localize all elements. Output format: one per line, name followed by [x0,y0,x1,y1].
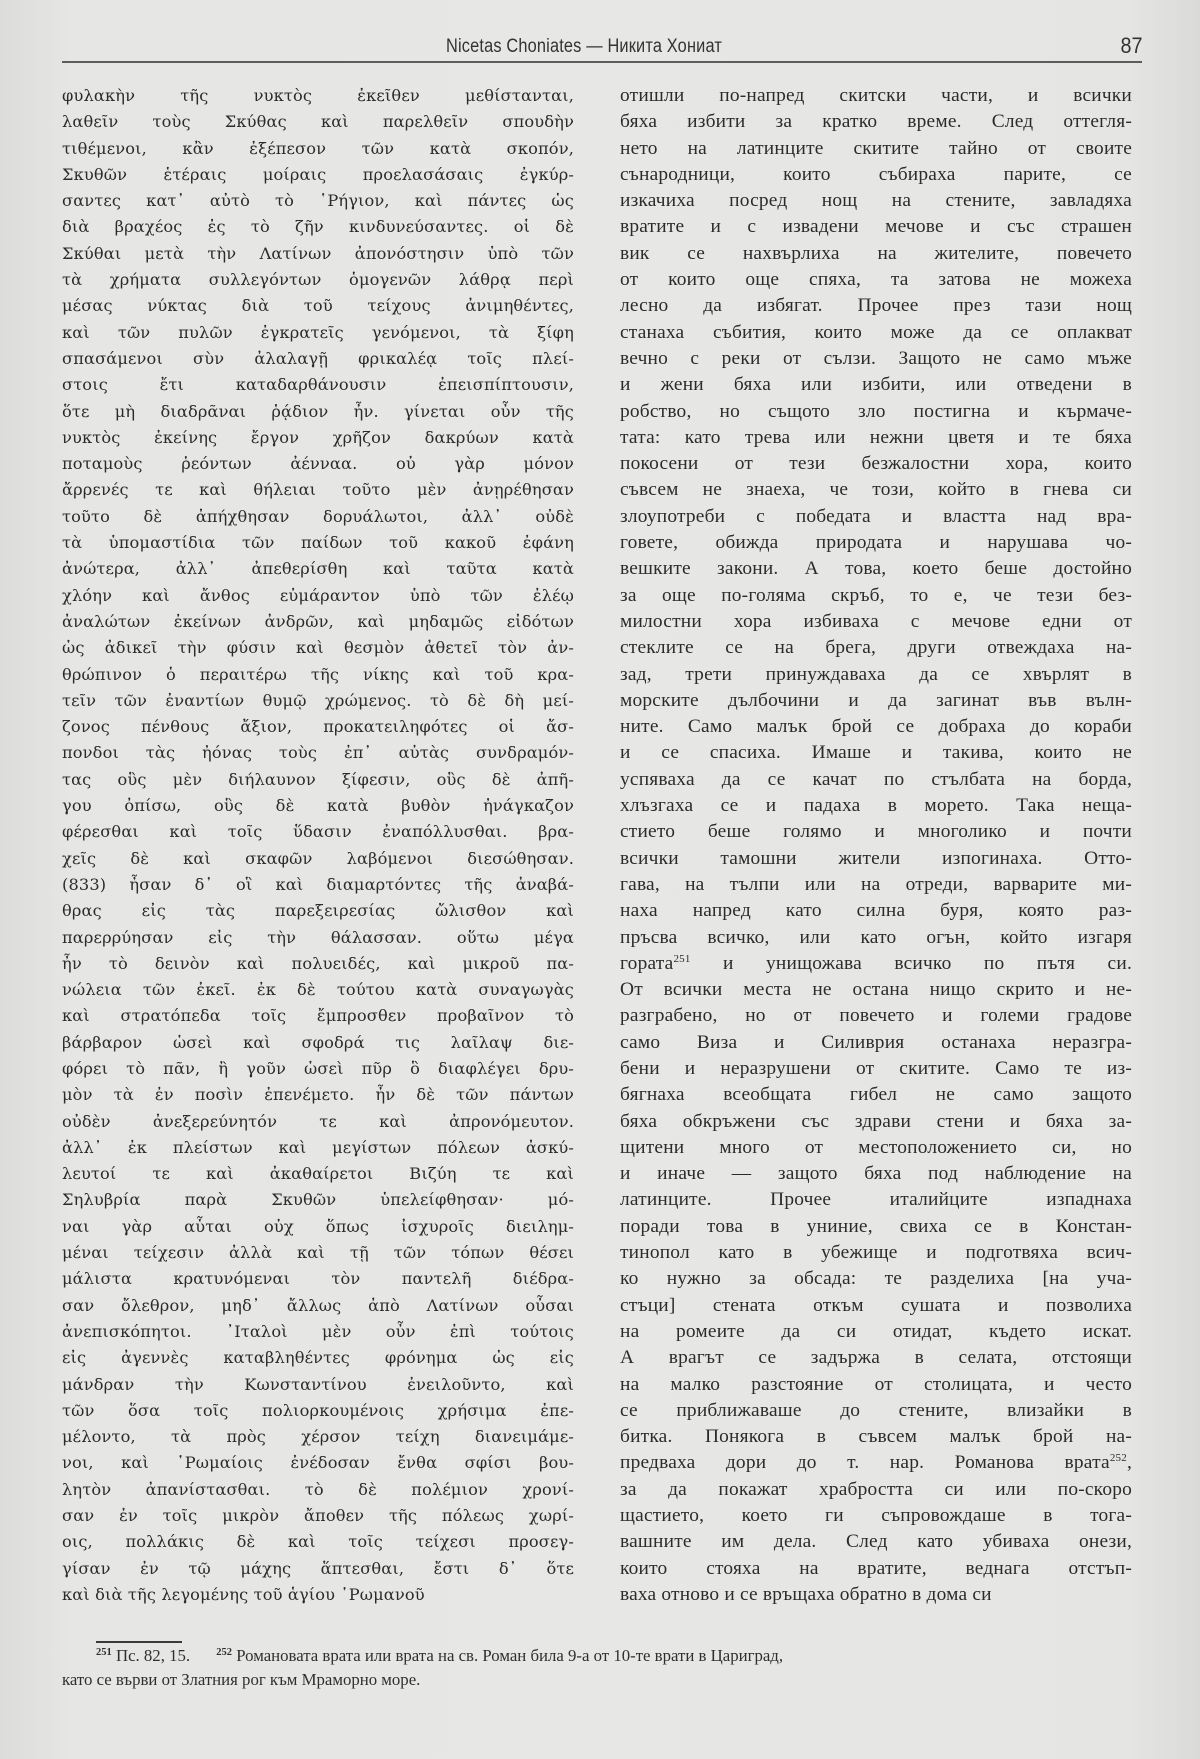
text-line: покосени от тези безжалостни хора, които [620,451,1132,477]
text-line: ваха отново и се връщаха обратно в дома … [620,1582,1132,1608]
text-line: щастието, което ги съпровождаше в тога- [620,1503,1132,1529]
text-line: тата: като трева или нежни цветя и те бя… [620,425,1132,451]
text-line: лесно да избягат. Прочее през тази нощ [620,293,1132,319]
text-line: тинопол като в убежище и подготвяха всич… [620,1240,1132,1266]
text-line: τῶν ὅσα τοῖς πολιορκουμένοις χρήσιμα ἐπε… [62,1398,574,1424]
text-line: (833) ἦσαν δ᾽ οἳ καὶ διαμαρτόντες τῆς ἀν… [62,872,574,898]
text-line: καὶ διὰ τῆς λεγομένης τοῦ ἁγίου ῾Ρωμανοῦ [62,1582,574,1608]
text-line: успяваха да се качат по стълбата на борд… [620,767,1132,793]
text-line: от които още спяха, та затова не можеха [620,267,1132,293]
text-line: всички тамошни жители изпогинаха. Отто- [620,846,1132,872]
footnote-line-1: 251 Пс. 82, 15. 252 Романовата врата или… [62,1644,1162,1668]
text-line: μέλοντο, τὰ πρὸς χέρσον τείχη διανειμάμε… [62,1424,574,1450]
text-fragment: и унищожава всичко по пътя си. [691,953,1132,974]
text-line: станаха събития, които може да се оплакв… [620,320,1132,346]
text-line: изкачиха посред нощ на стените, завладях… [620,188,1132,214]
footnote-number-252: 252 [216,1647,232,1658]
text-line: за още по-голяма скръб, то е, че тези бе… [620,583,1132,609]
text-line: отишли по-напред скитски части, и всички [620,83,1132,109]
text-line: μάνδραν τὴν Κωνσταντίνου ἐνειλοῦντο, καὶ [62,1372,574,1398]
footnote-line-2: като се върви от Златния рог към Мраморн… [62,1668,1162,1692]
text-line: γίσαν ἐν τῷ μάχης ἅπτεσθαι, ἔστι δ᾽ ὅτε [62,1556,574,1582]
text-line: τὰ χρήματα συλλεγόντων ὁμογενῶν λάθρᾳ πε… [62,267,574,293]
text-line: стъци] стената откъм сушата и позволиха [620,1293,1132,1319]
text-fragment: гората [620,953,673,974]
text-line: битка. Понякога в съвсем малък брой на- [620,1424,1132,1450]
bulgarian-text-column: отишли по-напред скитски части, и всички… [620,83,1132,1608]
text-line: гава, на тълпи или на отреди, варварите … [620,872,1132,898]
text-line: Σκύθαι μετὰ τὴν Λατίνων ἀπονόστησιν ὑπὸ … [62,241,574,267]
text-line: вратите и с извадени мечове и със страше… [620,214,1132,240]
text-line: ζονος πένθους ἄξιον, προκατειληφότες οἱ … [62,714,574,740]
text-line: ἀναλώτων ἐκείνων ἀνδρῶν, καὶ μηδαμῶς εἰδ… [62,609,574,635]
text-line: γου ὀπίσω, οὓς δὲ κατὰ βυθὸν ἠνάγκαζον [62,793,574,819]
scanned-book-page: Nicetas Choniates — Никита Хониат 87 φυλ… [0,0,1200,1759]
text-line: само Виза и Силиврия останаха неразгра- [620,1030,1132,1056]
text-line: μὸν τὰ ἐν ποσὶν ἐπενέμετο. ἦν δὲ τῶν πάν… [62,1082,574,1108]
text-line: говете, обижда природата и нарушава чо- [620,530,1132,556]
text-line: πονδοι τὰς ἠόνας τοὺς ἐπ᾽ αὐτὰς συνδραμό… [62,740,574,766]
text-line: ните. Само малък брой се добраха до кора… [620,714,1132,740]
text-line: τεῖν τῶν ἐναντίων θυμῷ χρώμενος. τὸ δὲ δ… [62,688,574,714]
text-line: μέσας νύκτας διὰ τοῦ τείχους ἀνιμηθέντες… [62,293,574,319]
text-line: χλόην καὶ ἄνθος εὐμάραντον ὑπὸ τῶν ἐλέῳ [62,583,574,609]
text-line: ὅτε μὴ διαδρᾶναι ῥᾴδιον ἦν. γίνεται οὖν … [62,399,574,425]
text-line: ναι γὰρ αὗται οὐχ ὅπως ἰσχυροῖς διειλημ- [62,1214,574,1240]
text-line: ко нужно за обсада: те разделиха [на уча… [620,1266,1132,1292]
text-line: σαντες κατ᾽ αὐτὸ τὸ ῾Ρήγιον, καὶ πάντες … [62,188,574,214]
text-line: σαν ἐν τοῖς μικρὸν ἄποθεν τῆς πόλεως χωρ… [62,1503,574,1529]
text-line: Σκυθῶν ἑτέραις μοίραις προελασάσαις ἐγκύ… [62,162,574,188]
text-line: ἀνώτερα, ἀλλ᾽ ἀπεθερίσθη καὶ ταῦτα κατὰ [62,556,574,582]
text-line: латинците. Прочее италийците изпаднаха [620,1187,1132,1213]
text-line: ἀνεπισκόπητοι. ᾿Ιταλοὶ μὲν οὖν ἐπὶ τούτο… [62,1319,574,1345]
text-line: стеклите се на брега, други отвеждаха на… [620,635,1132,661]
text-line: παρερρύησαν εἰς τὴν θάλασσαν. οὕτω μέγα [62,925,574,951]
text-line: щитени много от местоположението си, но [620,1135,1132,1161]
text-line: вик се нахвърлиха на жителите, повечето [620,241,1132,267]
text-line: пръсва всичко, или като огън, който изга… [620,925,1132,951]
text-line: гората251 и унищожава всичко по пътя си. [620,951,1132,977]
text-line: и жени бяха или избити, или отведени в [620,372,1132,398]
text-line: στοις ἔτι καταδαρθάνουσιν ἐπεισπίπτουσιν… [62,372,574,398]
greek-text-column: φυλακὴν τῆς νυκτὸς ἐκεῖθεν μεθίστανται,λ… [62,83,574,1608]
text-line: се приближаваше до стените, влизайки в [620,1398,1132,1424]
text-line: нето на латинците скитите тайно от своит… [620,136,1132,162]
text-line: ποταμοὺς ῥεόντων ἀένναα. οὐ γὰρ μόνον [62,451,574,477]
text-line: предваха дори до т. нар. Романова врата2… [620,1450,1132,1476]
text-line: Σηλυβρία παρὰ Σκυθῶν ὑπελείφθησαν· μό- [62,1187,574,1213]
text-line: νώλεια τῶν ἐκεῖ. ἐκ δὲ τούτου κατὰ συναγ… [62,977,574,1003]
text-line: От всички места не остана нищо скрито и … [620,977,1132,1003]
text-line: милостни хора избиваха с мечове едни от [620,609,1132,635]
text-line: на ромеите да си отидат, където искат. [620,1319,1132,1345]
text-line: наха напред като силна буря, която раз- [620,898,1132,924]
text-line: διὰ βραχέος ἐς τὸ ζῆν κινδυνεύσαντες. οἱ… [62,214,574,240]
text-line: бяха обкръжени със здрави стени и бяха з… [620,1109,1132,1135]
text-line: за да покажат храбростта си или по-скоро [620,1477,1132,1503]
text-line: τας οὓς μὲν διήλαυνον ξίφεσιν, οὓς δὲ ἀπ… [62,767,574,793]
text-line: τὰ ὑπομαστίδια τῶν παίδων τοῦ κακοῦ ἐφάν… [62,530,574,556]
text-line: καὶ στρατόπεδα τοῖς ἔμπροσθεν προβαῖνον … [62,1003,574,1029]
text-line: οὐδὲν ἀνεξερεύνητόν τε καὶ ἀπρονόμευτον. [62,1109,574,1135]
footnote-251-text: Пс. 82, 15. [116,1646,190,1665]
text-line: вешките закони. А това, което беше досто… [620,556,1132,582]
footnote-reference[interactable]: 252 [1110,1452,1127,1464]
text-line: които стояха на вратите, веднага отстъп- [620,1556,1132,1582]
running-title: Nicetas Choniates — Никита Хониат [446,36,722,58]
text-line: злоупотреби с победата и властта над вра… [620,504,1132,530]
text-line: сънародници, които събираха парите, се [620,162,1132,188]
text-line: бени и неразрушени от скитите. Само те и… [620,1056,1132,1082]
text-line: φέρεσθαι καὶ τοῖς ὕδασιν ἐναπόλλυσθαι. β… [62,819,574,845]
text-line: съвсем не знаеха, че този, който в гнева… [620,477,1132,503]
text-line: θρώπινον ὁ περαιτέρω τῆς νίκης καὶ τοῦ κ… [62,662,574,688]
footnotes: 251 Пс. 82, 15. 252 Романовата врата или… [62,1644,1162,1692]
text-line: бягнаха всеобщата гибел не само защото [620,1082,1132,1108]
footnote-rule [96,1641,182,1643]
footnote-reference[interactable]: 251 [673,953,690,965]
text-line: λευτοί τε καὶ ἀκαθαίρετοι Βιζύη τε καὶ [62,1161,574,1187]
text-line: τιθέμενοι, κἂν ἐξέπεσον τῶν κατὰ σκοπόν, [62,136,574,162]
text-line: νυκτὸς ἐκείνης ἔργον χρῆζον δακρύων κατὰ [62,425,574,451]
text-line: χεῖς δὲ καὶ σκαφῶν λαβόμενοι διεσώθησαν. [62,846,574,872]
text-line: σπασάμενοι σὺν ἀλαλαγῇ φρικαλέᾳ τοῖς πλε… [62,346,574,372]
footnote-252-text: Романовата врата или врата на св. Роман … [236,1646,783,1665]
text-line: μάλιστα κρατυνόμεναι τὸν παντελῆ διέδρα- [62,1266,574,1292]
text-line: морските дълбочини и да загинат във вълн… [620,688,1132,714]
text-line: καὶ τῶν πυλῶν ἐγκρατεῖς γενόμενοι, τὰ ξί… [62,320,574,346]
text-line: хлъзгаха се и падаха в морето. Така неща… [620,793,1132,819]
text-line: ὡς ἀδικεῖ τὴν φύσιν καὶ θεσμὸν ἀθετεῖ τὸ… [62,635,574,661]
text-fragment: предваха дори до т. нар. Романова врата [620,1452,1110,1473]
text-line: на малко разстояние от столицата, и чест… [620,1372,1132,1398]
text-line: вечно с реки от сълзи. Защото не само мъ… [620,346,1132,372]
text-line: разграбено, но от повечето и големи град… [620,1003,1132,1029]
text-line: бяха избити за кратко време. След оттегл… [620,109,1132,135]
text-line: ἦν τὸ δεινὸν καὶ πολυειδές, καὶ μικροῦ π… [62,951,574,977]
text-line: поради това в униние, свиха се в Констан… [620,1214,1132,1240]
page-number: 87 [1120,33,1142,59]
text-line: βάρβαρον ὡσεὶ καὶ σφοδρά τις λαῖλαψ διε- [62,1030,574,1056]
text-line: робство, но същото зло постигна и кърмач… [620,399,1132,425]
text-line: и се спасиха. Имаше и такива, които не [620,740,1132,766]
text-line: λαθεῖν τοὺς Σκύθας καὶ παρελθεῖν σπουδὴν [62,109,574,135]
header-rule [62,61,1142,63]
text-line: стието беше голямо и многолико и почти [620,819,1132,845]
text-line: вашните им дела. След като убиваха онези… [620,1529,1132,1555]
text-line: εἰς ἀγεννὲς καταβληθέντες φρόνημα ὡς εἰς [62,1345,574,1371]
text-line: λητὸν ἀπανίστασθαι. τὸ δὲ πολέμιον χρονί… [62,1477,574,1503]
text-line: А врагът се задържа в селата, отстоящи [620,1345,1132,1371]
text-line: зад, трети принуждаваха да се хвърлят в [620,662,1132,688]
text-line: ἀλλ᾽ ἐκ πλείστων καὶ μεγίστων πόλεων ἀσκ… [62,1135,574,1161]
text-line: τοῦτο δὲ ἀπήχθησαν δορυάλωτοι, ἀλλ᾽ οὐδὲ [62,504,574,530]
text-line: φυλακὴν τῆς νυκτὸς ἐκεῖθεν μεθίστανται, [62,83,574,109]
text-line: μέναι τείχεσιν ἀλλὰ καὶ τῇ τῶν τόπων θέσ… [62,1240,574,1266]
text-line: σαν ὄλεθρον, μηδ᾽ ἄλλως ἀπὸ Λατίνων οὖσα… [62,1293,574,1319]
footnote-number-251: 251 [96,1647,112,1658]
text-line: νοι, καὶ ῾Ρωμαίοις ἐνέδοσαν ἔνθα σφίσι β… [62,1450,574,1476]
text-line: οις, πολλάκις δὲ καὶ τοῖς τείχεσι προσεγ… [62,1529,574,1555]
text-fragment: , [1127,1452,1132,1473]
text-line: φόρει τὸ πᾶν, ἢ γοῦν ὡσεὶ πῦρ ὃ διαφλέγε… [62,1056,574,1082]
text-line: и иначе — защото бяха под наблюдение на [620,1161,1132,1187]
text-line: θρας εἰς τὰς παρεξειρεσίας ὤλισθον καὶ [62,898,574,924]
running-head: Nicetas Choniates — Никита Хониат 87 [62,30,1142,62]
text-line: ἄρρενές τε καὶ θήλειαι τοῦτο μὲν ἀνῃρέθη… [62,477,574,503]
